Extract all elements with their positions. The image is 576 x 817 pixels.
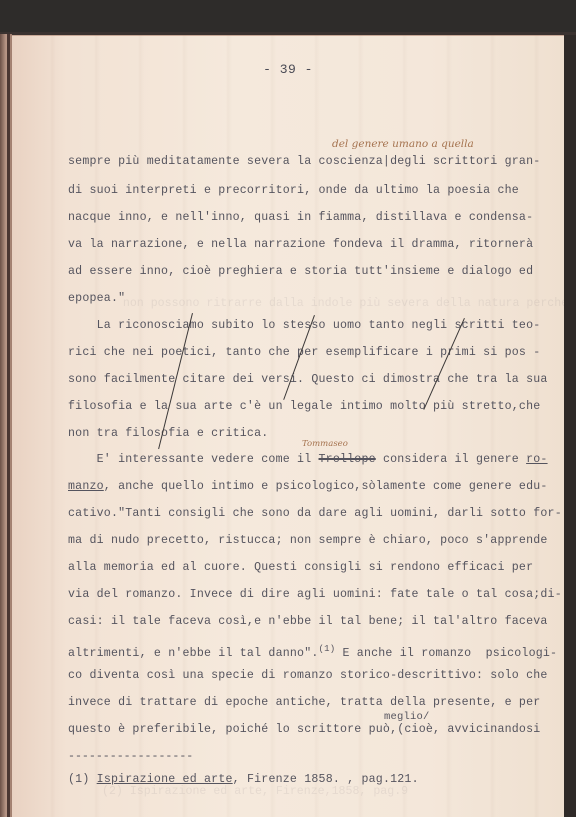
text-line: manzo, anche quello intimo e psicologico…	[68, 480, 548, 494]
struck-name: Trollope	[319, 453, 376, 466]
text-line: cativo."Tanti consigli che sono da dare …	[68, 507, 562, 521]
underlined-word: ro-	[526, 453, 547, 466]
page-number: - 39 -	[12, 62, 564, 77]
handwritten-correction: Tommaseo	[302, 439, 348, 449]
text-line: La riconosciamo subito lo stesso uomo ta…	[68, 319, 540, 333]
text-line: altrimenti, e n'ebbe il tal danno".(1) E…	[68, 642, 557, 661]
text-segment: E anche il romanzo psicologi-	[335, 647, 557, 660]
text-line: ma di nudo precetto, ristucca; non sempr…	[68, 534, 548, 548]
footnote-title: Ispirazione ed arte	[97, 773, 233, 786]
text-line: questo è preferibile, poiché lo scrittor…	[68, 723, 540, 737]
text-line: via del romanzo. Invece di dire agli uom…	[68, 588, 562, 602]
footnote-marker: (1)	[68, 773, 89, 786]
text-line: di suoi interpreti e precorritori, onde …	[68, 184, 519, 198]
footnote-reference: (1)	[319, 644, 336, 654]
text-segment: E' interessante vedere come il	[68, 453, 319, 466]
footnote-separator: ------------------	[68, 750, 193, 763]
text-line: E' interessante vedere come il Trollope …	[68, 453, 548, 467]
text-line: invece di trattare di epoche antiche, tr…	[68, 696, 540, 710]
bleed-through-text: non possono ritrarre dalla indole più se…	[102, 297, 564, 310]
text-segment: , anche quello intimo e psicologico,sòla…	[104, 480, 548, 493]
text-line: ad essere inno, cioè preghiera e storia …	[68, 265, 533, 279]
book-binding	[0, 34, 12, 817]
text-line: sempre più meditatamente severa la cosci…	[68, 155, 540, 169]
text-line: sono facilmente citare dei versi. Questo…	[68, 373, 548, 387]
footnote-details: , Firenze 1858. , pag.121.	[233, 773, 419, 786]
binding-edge	[7, 34, 10, 817]
text-line: rici che nei poetici, tanto che per esem…	[68, 346, 540, 360]
scan-right-edge	[564, 35, 576, 817]
text-line: filosofia e la sua arte c'è un legale in…	[68, 400, 540, 414]
typed-insertion: meglio/	[384, 710, 430, 724]
footnote: (1) Ispirazione ed arte, Firenze 1858. ,…	[68, 773, 419, 787]
text-segment: considera il genere	[376, 453, 526, 466]
text-line: alla memoria ed al cuore. Questi consigl…	[68, 561, 533, 575]
text-line: nacque inno, e nell'inno, quasi in fiamm…	[68, 211, 533, 225]
handwritten-insertion: del genere umano a quella	[332, 138, 474, 150]
text-line: non tra filosofia e critica.	[68, 427, 268, 441]
text-line: epopea."	[68, 292, 125, 306]
text-line: co diventa così una specie di romanzo st…	[68, 669, 548, 683]
underlined-word: manzo	[68, 480, 104, 493]
document-page: non possono ritrarre dalla indole più se…	[12, 35, 564, 817]
text-line: casi: il tale faceva così,e n'ebbe il ta…	[68, 615, 548, 629]
text-segment: altrimenti, e n'ebbe il tal danno".	[68, 647, 319, 660]
text-line: va la narrazione, e nella narrazione fon…	[68, 238, 533, 252]
